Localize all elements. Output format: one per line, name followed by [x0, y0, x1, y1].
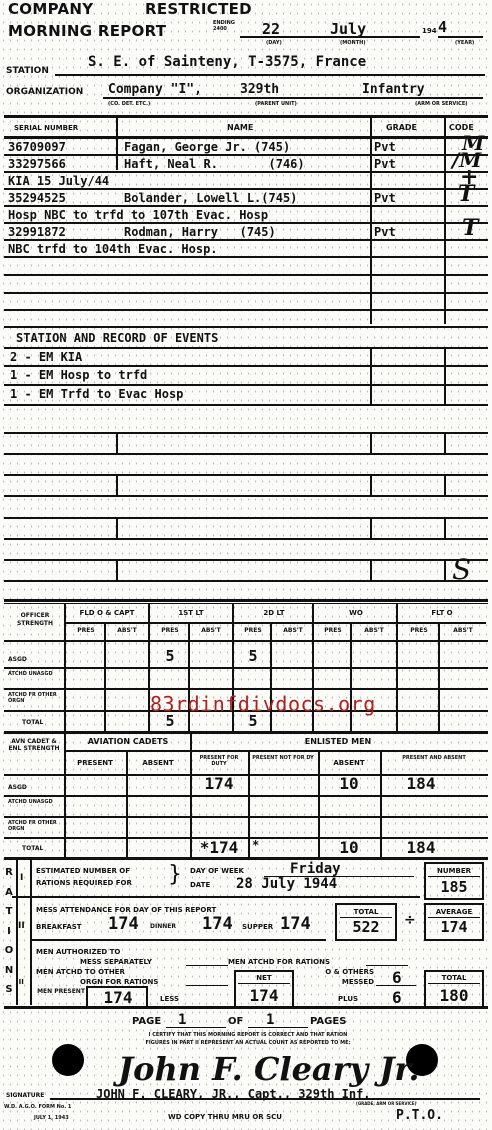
divide-icon: ÷ — [404, 912, 416, 928]
enl-asgd-absent: 10 — [320, 774, 378, 793]
rule — [4, 222, 488, 224]
rule — [4, 453, 488, 455]
rule — [186, 985, 228, 986]
atchd-for-rations-label: MEN ATCHD FOR RATIONS — [228, 958, 330, 966]
total-label: TOTAL — [335, 908, 397, 916]
group-fld-o-capt: FLD O & CAPT — [66, 609, 148, 617]
divider — [248, 751, 250, 858]
organization-label: ORGANIZATION — [6, 87, 83, 97]
rule — [4, 474, 488, 476]
signature-label: SIGNATURE — [6, 1092, 44, 1099]
rule — [4, 239, 488, 241]
rule — [4, 309, 488, 311]
roster-note-nbc-104: NBC trfd to 104th Evac. Hosp. — [8, 242, 218, 256]
section-i: I — [20, 873, 23, 883]
dinner-label: DINNER — [150, 923, 176, 930]
signer-name: JOHN F. CLEARY, JR., Capt., 329th Inf. — [96, 1087, 371, 1101]
form-title-morning-report: MORNING REPORT — [8, 22, 166, 40]
brace: } — [168, 862, 182, 887]
rule — [4, 365, 488, 367]
rule — [4, 274, 488, 276]
enl-asgd-present-and-absent: 184 — [382, 774, 460, 793]
sub-pres: PRES — [236, 627, 270, 634]
roster-name-1: Fagan, George Jr. (745) — [124, 140, 290, 154]
officer-row-asgd: ASGD — [8, 656, 27, 663]
rule — [4, 205, 488, 207]
rule — [4, 136, 488, 139]
rule — [428, 876, 480, 877]
month-caption: (MONTH) — [340, 40, 366, 46]
rule — [4, 115, 488, 118]
rule — [4, 432, 488, 434]
rule — [4, 538, 488, 540]
sub-abst: ABS'T — [272, 627, 314, 634]
total-value: 522 — [335, 918, 397, 936]
divider — [444, 432, 446, 454]
enlisted-row-asgd: ASGD — [8, 784, 27, 791]
org-caption-arm: (ARM OR SERVICE) — [415, 101, 468, 107]
rule — [4, 1006, 488, 1009]
restricted-stamp: RESTRICTED — [145, 0, 252, 18]
certification-line-2: FIGURES IN PART II REPRESENT AN ACTUAL C… — [88, 1040, 408, 1046]
roster-code-6: T — [462, 215, 478, 241]
divider — [438, 623, 440, 734]
grade-caption: (GRADE, ARM OR SERVICE) — [356, 1101, 416, 1106]
atchd-other-label-2: ORGN FOR RATIONS — [80, 978, 158, 986]
rations-letter: A — [4, 883, 14, 903]
divider — [64, 604, 66, 734]
divider — [270, 623, 272, 734]
group-aviation-cadets: AVIATION CADETS — [66, 737, 190, 746]
certification-line-1: I CERTIFY THAT THIS MORNING REPORT IS CO… — [88, 1032, 408, 1038]
page-total: 1 — [266, 1012, 274, 1028]
rations-letter: S — [4, 980, 14, 1000]
less-label: LESS — [160, 995, 179, 1003]
divider — [444, 517, 446, 539]
dinner-value: 174 — [202, 914, 233, 934]
roster-serial-4: 35294525 — [8, 191, 66, 205]
plus-label: PLUS — [338, 995, 358, 1003]
rule — [4, 688, 488, 690]
year-caption: (YEAR) — [455, 40, 474, 46]
group-flt-o: FLT O — [398, 609, 486, 617]
org-company: Company "I", — [108, 82, 202, 97]
col-present-and-absent: PRESENT AND ABSENT — [382, 755, 486, 761]
others-messed-label-1: O & OTHERS — [302, 968, 374, 976]
handwritten-signature: John F. Cleary Jr. — [118, 1050, 419, 1088]
divider — [350, 623, 352, 734]
year-prefix: 194 — [422, 27, 437, 35]
others-messed-label-2: MESSED — [302, 978, 374, 986]
rule — [12, 896, 420, 898]
roster-serial-6: 32991872 — [8, 225, 66, 239]
officer-row-atchd-unasgd: ATCHD UNASGD — [8, 671, 62, 677]
rule — [166, 1027, 226, 1028]
divider — [126, 751, 128, 858]
average-value: 174 — [424, 918, 484, 936]
rule — [4, 857, 488, 860]
roster-grade-4: Pvt — [374, 191, 396, 205]
rule — [4, 292, 488, 294]
estimated-label-1: ESTIMATED NUMBER OF — [36, 867, 130, 875]
col-cadet-absent: ABSENT — [128, 759, 188, 767]
roster-name-4: Bolander, Lowell L.(745) — [124, 191, 297, 205]
pto-label: P.T.O. — [396, 1108, 443, 1123]
divider — [444, 559, 446, 581]
event-line-3: 1 - EM Trfd to Evac Hosp — [10, 387, 183, 401]
pages-label: PAGES — [310, 1016, 346, 1027]
sub-abst: ABS'T — [440, 627, 486, 634]
roster-grade-1: Pvt — [374, 140, 396, 154]
rule — [4, 404, 488, 406]
men-present-label: MEN PRESENT — [36, 988, 86, 995]
copy-note: WD COPY THRU MRU OR SCU — [168, 1113, 282, 1121]
rule — [4, 517, 488, 519]
org-arm: Infantry — [362, 82, 425, 97]
officer-asgd-2dlt-pres: 5 — [236, 647, 270, 665]
col-cadet-present: PRESENT — [66, 759, 124, 767]
station-label: STATION — [6, 66, 49, 76]
station-underline — [55, 74, 485, 76]
year-underline — [438, 36, 483, 38]
net-label: NET — [234, 974, 294, 982]
number-label: NUMBER — [424, 867, 484, 875]
form-id: W.D. A.G.O. FORM No. 1 — [4, 1104, 71, 1110]
atchd-other-label-1: MEN ATCHD TO OTHER — [36, 968, 125, 976]
watermark: 83rdinfdivdocs.org — [150, 692, 376, 716]
enl-total-not-for-duty: * — [252, 838, 272, 852]
officer-asgd-1stlt-pres: 5 — [152, 647, 188, 665]
men-present-value: 174 — [88, 988, 148, 1007]
roster-grade-6: Pvt — [374, 225, 396, 239]
rule — [4, 171, 488, 173]
sub-abst: ABS'T — [106, 627, 148, 634]
divider — [104, 623, 106, 734]
rule — [376, 985, 416, 986]
org-caption-parent: (PARENT UNIT) — [255, 101, 297, 107]
enl-asgd-present-for-duty: 174 — [192, 774, 246, 793]
divider — [370, 474, 372, 496]
rations-letter: N — [4, 961, 14, 981]
rule — [248, 1027, 308, 1028]
divider — [116, 432, 118, 454]
rule — [4, 559, 488, 561]
col-grade: GRADE — [386, 123, 417, 132]
average-label: AVERAGE — [424, 908, 484, 916]
roster-serial-1: 36709097 — [8, 140, 66, 154]
roster-note-hosp-107: Hosp NBC to trfd to 107th Evac. Hosp — [8, 208, 268, 222]
roster-code-4: T — [458, 181, 474, 207]
mess-attendance-label: MESS ATTENDANCE FOR DAY OF THIS REPORT — [36, 906, 216, 914]
breakfast-label: BREAKFAST — [36, 923, 82, 931]
section-iii: III — [16, 978, 24, 986]
rule — [4, 154, 488, 156]
rations-letter: O — [4, 941, 14, 961]
report-year-suffix: 4 — [438, 18, 447, 36]
rule — [4, 326, 488, 328]
divider — [116, 517, 118, 539]
rule — [4, 816, 488, 818]
roster-note-kia: KIA 15 July/44 — [8, 174, 109, 188]
officer-row-atchd-fr-other: ATCHD FR OTHER ORGN — [8, 692, 64, 704]
of-label: OF — [228, 1016, 243, 1027]
roster-serial-2: 33297566 — [8, 157, 66, 171]
officer-row-total: TOTAL — [22, 719, 43, 726]
group-wo: WO — [314, 609, 398, 617]
rule — [4, 495, 488, 497]
section-ii: II — [18, 921, 25, 931]
group-1st-lt: 1ST LT — [150, 609, 232, 617]
sub-abst: ABS'T — [352, 627, 396, 634]
enl-total-absent: 10 — [320, 838, 378, 857]
day-of-week-value: Friday — [290, 861, 341, 877]
col-serial-number: SERIAL NUMBER — [14, 124, 78, 132]
rule — [428, 983, 480, 984]
rule — [4, 731, 488, 734]
divider — [116, 118, 118, 170]
breakfast-value: 174 — [108, 914, 139, 934]
plus-value: 6 — [392, 988, 402, 1007]
rations-side-label: R A T I O N S — [4, 863, 14, 1000]
supper-value: 174 — [280, 914, 311, 934]
supper-label: SUPPER — [242, 923, 273, 931]
rule — [4, 667, 488, 669]
group-2d-lt: 2D LT — [234, 609, 314, 617]
morning-report-form: COMPANY RESTRICTED MORNING REPORT ENDING… — [0, 0, 492, 1130]
sub-pres: PRES — [152, 627, 188, 634]
divider — [396, 604, 398, 734]
authorized-label-1: MEN AUTHORIZED TO — [36, 948, 120, 956]
divider — [116, 474, 118, 496]
rule — [4, 347, 488, 349]
enlisted-row-atchd-fr-other: ATCHD FR OTHER ORGN — [8, 820, 64, 832]
rule — [4, 640, 488, 642]
group-enlisted-men: ENLISTED MEN — [190, 737, 486, 746]
rule — [4, 795, 488, 797]
form-date: JULY 1, 1943 — [34, 1115, 69, 1121]
enlisted-row-atchd-unasgd: ATCHD UNASGD — [8, 799, 64, 805]
officer-strength-label: OFFICER STRENGTH — [8, 612, 62, 628]
rule — [4, 188, 488, 190]
roster-name-2: Haft, Neal R. (746) — [124, 157, 305, 171]
rations-letter: T — [4, 902, 14, 922]
day-caption: (DAY) — [266, 40, 282, 46]
event-line-1: 2 - EM KIA — [10, 350, 82, 364]
events-title: STATION AND RECORD OF EVENTS — [16, 331, 218, 345]
ration-date-value: 28 July 1944 — [236, 876, 337, 892]
col-present-for-duty: PRESENT FOR DUTY — [192, 755, 246, 767]
divider — [188, 623, 190, 734]
org-caption-co: (CO. DET. ETC.) — [108, 101, 150, 107]
ending-label: ENDING 2400 — [213, 20, 239, 32]
divider — [370, 517, 372, 539]
enlisted-strength-label: AVN CADET & ENL STRENGTH — [6, 738, 62, 752]
event-line-2: 1 - EM Hosp to trfd — [10, 368, 147, 382]
divider — [116, 559, 118, 581]
net-value: 174 — [234, 986, 294, 1005]
rule — [4, 580, 488, 582]
final-total-value: 180 — [424, 986, 484, 1005]
col-present-not-for-duty: PRESENT NOT FOR DY — [250, 755, 316, 761]
divider — [444, 474, 446, 496]
code-mark-s: S — [452, 553, 471, 586]
rule — [366, 965, 408, 966]
form-title-company: COMPANY — [8, 0, 93, 18]
sub-pres: PRES — [400, 627, 438, 634]
number-value: 185 — [424, 878, 484, 896]
estimated-label-2: RATIONS REQUIRED FOR — [36, 879, 132, 887]
divider — [370, 347, 372, 404]
rule — [66, 622, 486, 624]
page-number: 1 — [178, 1012, 186, 1028]
sub-pres: PRES — [68, 627, 104, 634]
rule — [4, 599, 488, 602]
authorized-label-2: MESS SEPARATELY — [80, 958, 152, 966]
divider — [444, 347, 446, 404]
roster-grade-2: Pvt — [374, 157, 396, 171]
rule — [30, 939, 326, 941]
sub-pres: PRES — [316, 627, 350, 634]
col-name: NAME — [227, 123, 253, 132]
rations-letter: R — [4, 863, 14, 883]
day-of-week-label: DAY OF WEEK — [190, 867, 244, 875]
station-value: S. E. of Sainteny, T-3575, France — [88, 54, 366, 70]
col-enl-absent: ABSENT — [320, 759, 378, 767]
divider — [370, 559, 372, 581]
date-label: DATE — [190, 881, 210, 889]
report-month: July — [330, 20, 366, 38]
enl-total-present-and-absent: 184 — [382, 838, 460, 857]
divider — [30, 860, 32, 1005]
enlisted-row-total: TOTAL — [22, 845, 43, 852]
org-parent-unit: 329th — [240, 82, 279, 97]
enl-total-present-for-duty: *174 — [192, 838, 246, 857]
page-label: PAGE — [132, 1016, 161, 1027]
rule — [186, 965, 228, 966]
report-day: 22 — [262, 20, 280, 38]
sub-abst: ABS'T — [190, 627, 232, 634]
roster-name-6: Rodman, Harry (745) — [124, 225, 276, 239]
rule — [4, 603, 488, 604]
rule — [4, 384, 488, 386]
final-total-label: TOTAL — [424, 974, 484, 982]
divider — [370, 432, 372, 454]
punch-hole-left — [52, 1044, 84, 1076]
org-underline — [103, 97, 483, 99]
rule — [4, 256, 488, 258]
rations-letter: I — [4, 922, 14, 942]
rule — [238, 983, 290, 984]
